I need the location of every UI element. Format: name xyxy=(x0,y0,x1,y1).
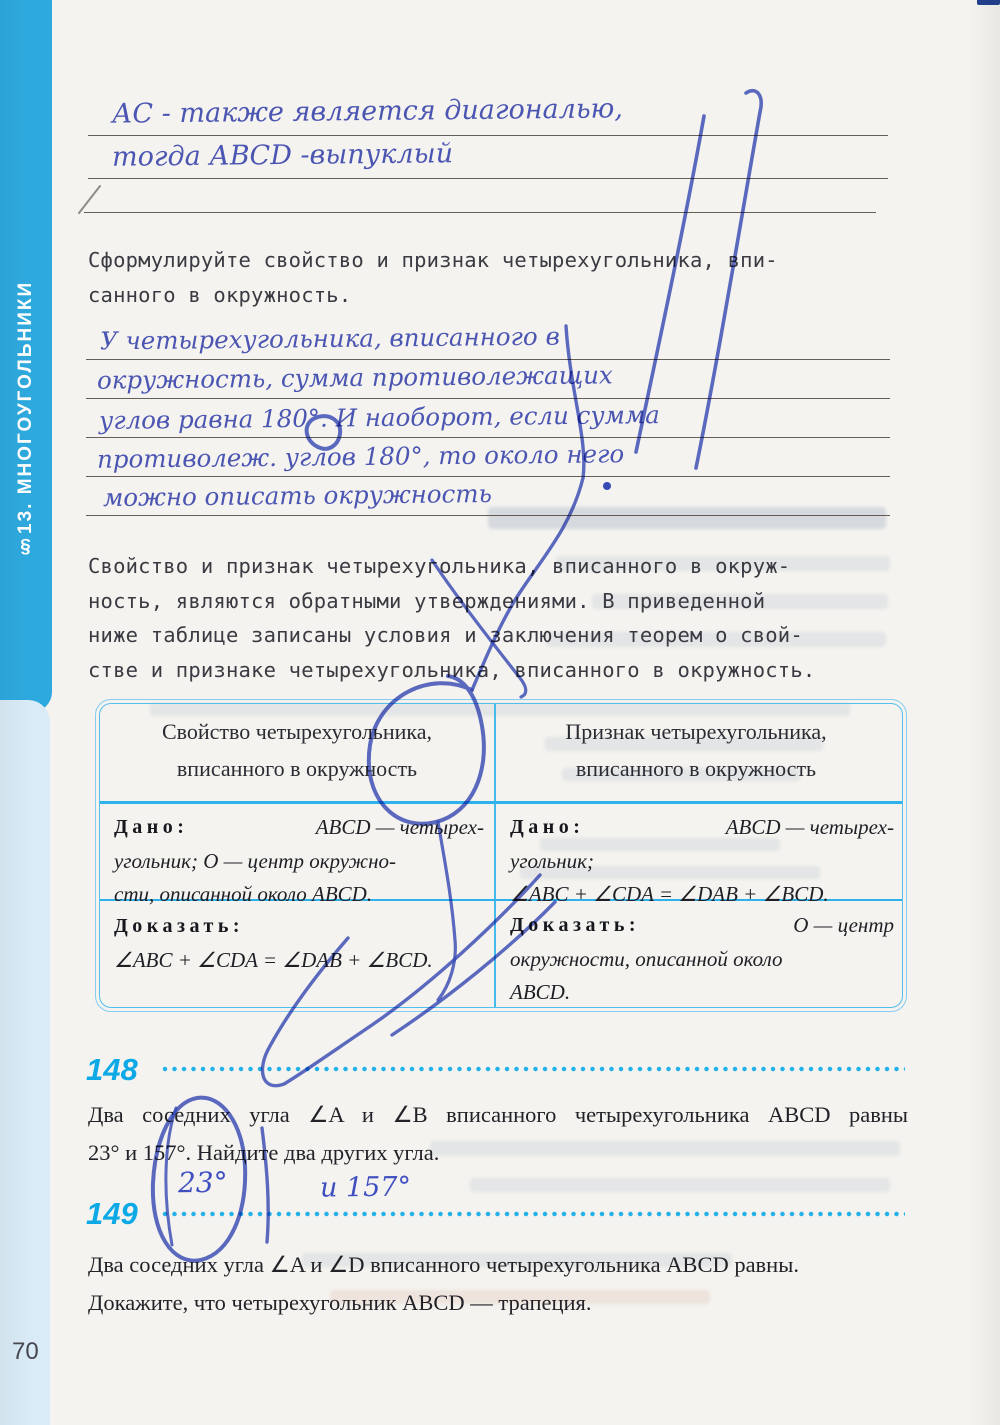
ruled-line xyxy=(88,178,888,179)
problem-149-text: Два соседних угла ∠A и ∠D вписанного чет… xyxy=(88,1246,908,1322)
ink-dot xyxy=(603,482,611,490)
given-label: Дано: xyxy=(510,811,584,845)
dotted-leader xyxy=(162,1066,905,1072)
pencil-mark xyxy=(79,186,100,213)
table-feature-header: Признак четырехугольника, вписанного в о… xyxy=(496,713,896,787)
handwriting-answer-line: окружность, сумма противолежащих xyxy=(97,360,613,394)
theory-paragraph-line: ность, являются обратными утверждениями.… xyxy=(88,584,920,619)
ruled-line xyxy=(84,212,876,213)
ruled-line xyxy=(86,476,890,477)
theory-paragraph-line: стве и признаке четырехугольника, вписан… xyxy=(88,653,920,688)
ruled-line xyxy=(86,437,890,438)
given-label: Дано: xyxy=(114,811,188,845)
scan-corner-mark xyxy=(977,0,1000,5)
problem-148-text: Два соседних угла ∠A и ∠B вписанного чет… xyxy=(88,1096,908,1172)
handwriting-answer-line: углов равна 180°. И наоборот, если сумма xyxy=(99,400,660,435)
sidebar-pale-strip xyxy=(0,700,50,1425)
property-prove-cell: Доказать: ∠ABC + ∠CDA = ∠DAB + ∠BCD. xyxy=(114,909,486,977)
ruled-line xyxy=(86,515,890,516)
table-header-rule xyxy=(100,801,902,804)
problem-number-149: 149 xyxy=(86,1196,138,1232)
problem-number-148: 148 xyxy=(86,1052,138,1088)
ruled-line xyxy=(88,135,888,136)
handwriting-line: тогда АВСD -выпуклый xyxy=(112,138,453,173)
task-text-line: Сформулируйте свойство и признак четырех… xyxy=(88,243,920,278)
section-sidebar-label: §13. МНОГОУГОЛЬНИКИ xyxy=(0,128,52,710)
theory-paragraph: Свойство и признак четырехугольника, впи… xyxy=(88,549,920,687)
prove-label: Доказать: xyxy=(114,915,244,937)
theory-paragraph-line: Свойство и признак четырехугольника, впи… xyxy=(88,549,920,584)
workbook-page: §13. МНОГОУГОЛЬНИКИ 70 АС - также являет… xyxy=(0,0,1000,1425)
dotted-leader xyxy=(162,1211,905,1217)
handwriting-answer-148: и 157° xyxy=(320,1172,411,1204)
theory-paragraph-line: ниже таблице записаны условия и заключен… xyxy=(88,618,920,653)
task-text: Сформулируйте свойство и признак четырех… xyxy=(88,243,920,312)
feature-prove-cell: Доказать: O — центр окружности, описанно… xyxy=(510,909,894,1010)
prove-label: Доказать: xyxy=(510,909,640,943)
showthrough-heading xyxy=(488,507,886,529)
task-text-line: санного в окружность. xyxy=(88,278,920,313)
table-property-header: Свойство четырехугольника, вписанного в … xyxy=(100,713,494,787)
ruled-line xyxy=(86,359,890,360)
handwriting-line: АС - также является диагональю, xyxy=(112,93,623,129)
showthrough-line xyxy=(470,1178,890,1192)
handwriting-answer-line: противолеж. углов 180°, то около него xyxy=(97,439,624,474)
feature-given-cell: Дано: ABCD — четырех- угольник; ∠ABC + ∠… xyxy=(510,811,894,912)
property-feature-table: Свойство четырехугольника, вписанного в … xyxy=(95,699,907,1012)
handwriting-answer-line: У четырехугольника, вписанного в xyxy=(100,322,560,356)
handwriting-answer-line: можно описать окружность xyxy=(103,479,492,512)
ruled-line xyxy=(86,398,890,399)
handwriting-answer-148: 23° xyxy=(178,1166,228,1200)
property-given-cell: Дано: ABCD — четырех- угольник; О — цент… xyxy=(114,811,484,912)
page-number: 70 xyxy=(12,1338,39,1366)
